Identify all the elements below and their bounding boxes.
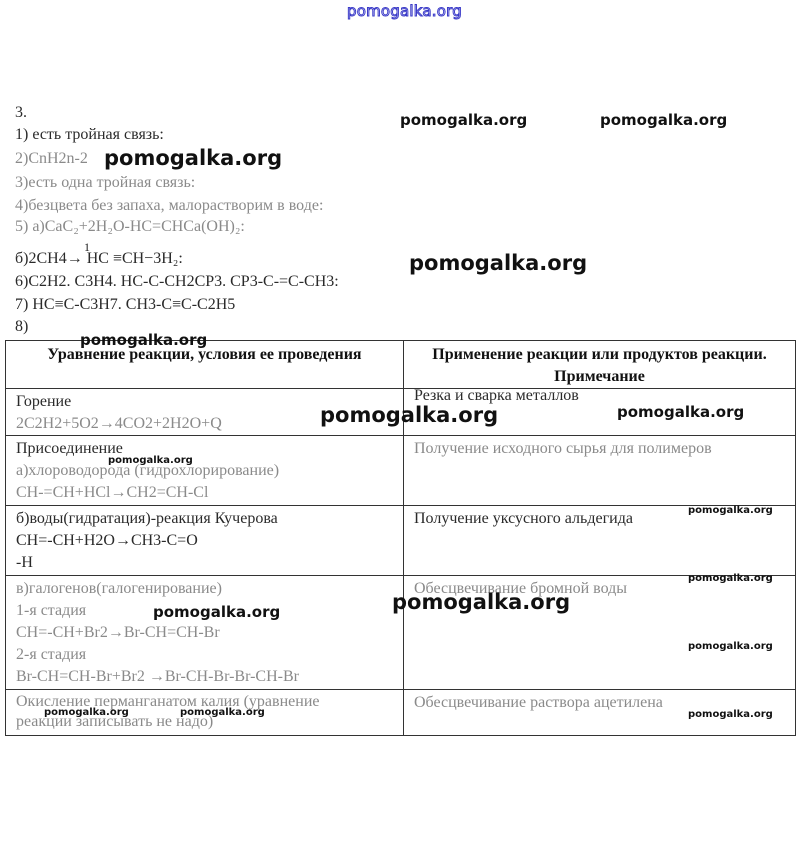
watermark: pomogalka.org — [688, 641, 773, 652]
cell-application: Получение уксусного альдегида — [404, 506, 796, 576]
answer-7: 7) HC≡C-C3H7. CH3-C≡C-C2H5 — [15, 296, 235, 314]
cell-equation: в)галогенов(галогенирование) 1-я стадия … — [6, 576, 404, 690]
reactions-table: Уравнение реакции, условия ее проведения… — [5, 340, 796, 736]
cell-line: 2-я стадия — [16, 644, 393, 666]
watermark: pomogalka.org — [153, 603, 280, 621]
watermark: pomogalka.org — [108, 455, 193, 466]
answer-1: 1) есть тройная связь: — [15, 126, 164, 144]
watermark: pomogalka.org — [688, 505, 773, 516]
cell-line: CH=-CH+Br2→Br-CH=CH-Br — [16, 622, 393, 644]
answer-5b: б)2CH4→ HC ≡CH−3H₂: — [15, 250, 183, 268]
cell-line: -H — [16, 552, 393, 574]
watermark: pomogalka.org — [392, 590, 570, 614]
watermark: pomogalka.org — [617, 403, 744, 421]
cell-line: CH=-CH+H2O→CH3-C=O — [16, 530, 393, 552]
cell-application: Получение исходного сырья для полимеров — [404, 436, 796, 506]
cell-line: CH-=CH+HCl→CH2=CH-Cl — [16, 482, 393, 504]
cell-line: б)воды(гидратация)-реакция Кучерова — [16, 508, 393, 530]
watermark: pomogalka.org — [320, 403, 498, 427]
answer-8: 8) — [15, 318, 28, 336]
watermark: pomogalka.org — [409, 251, 587, 275]
answer-6: 6)C2H2. C3H4. HC-C-CH2CP3. CP3-C-=C-CH3: — [15, 273, 339, 291]
cell-line: а)хлороводорода (гидрохлорирование) — [16, 460, 393, 482]
watermark: pomogalka.org — [80, 331, 207, 349]
cell-line: Присоединение — [16, 438, 393, 460]
site-logo[interactable]: pomogalka.org — [347, 2, 462, 20]
watermark: pomogalka.org — [180, 707, 265, 718]
cell-line: в)галогенов(галогенирование) — [16, 578, 393, 600]
watermark: pomogalka.org — [600, 111, 727, 129]
watermark: pomogalka.org — [44, 707, 129, 718]
task-number: 3. — [15, 104, 27, 122]
table-row: Присоединение а)хлороводорода (гидрохлор… — [6, 436, 796, 506]
cell-line: Получение исходного сырья для полимеров — [414, 438, 785, 460]
answer-2: 2)CnH2n-2 — [15, 150, 88, 168]
watermark: pomogalka.org — [400, 111, 527, 129]
cell-equation: Присоединение а)хлороводорода (гидрохлор… — [6, 436, 404, 506]
cell-equation: б)воды(гидратация)-реакция Кучерова CH=-… — [6, 506, 404, 576]
answer-3: 3)есть одна тройная связь: — [15, 174, 195, 192]
cell-line: Br-CH=CH-Br+Br2 →Br-CH-Br-Br-CH-Br — [16, 666, 393, 688]
answer-4: 4)безцвета без запаха, малорастворим в в… — [15, 197, 323, 215]
answer-5a: 5) а)CaC₂+2H₂O-HC=CHCa(OH)₂: — [15, 218, 245, 236]
table-row: б)воды(гидратация)-реакция Кучерова CH=-… — [6, 506, 796, 576]
watermark: pomogalka.org — [688, 709, 773, 720]
watermark: pomogalka.org — [688, 573, 773, 584]
header-application: Применение реакции или продуктов реакции… — [404, 341, 796, 389]
watermark: pomogalka.org — [104, 146, 282, 170]
